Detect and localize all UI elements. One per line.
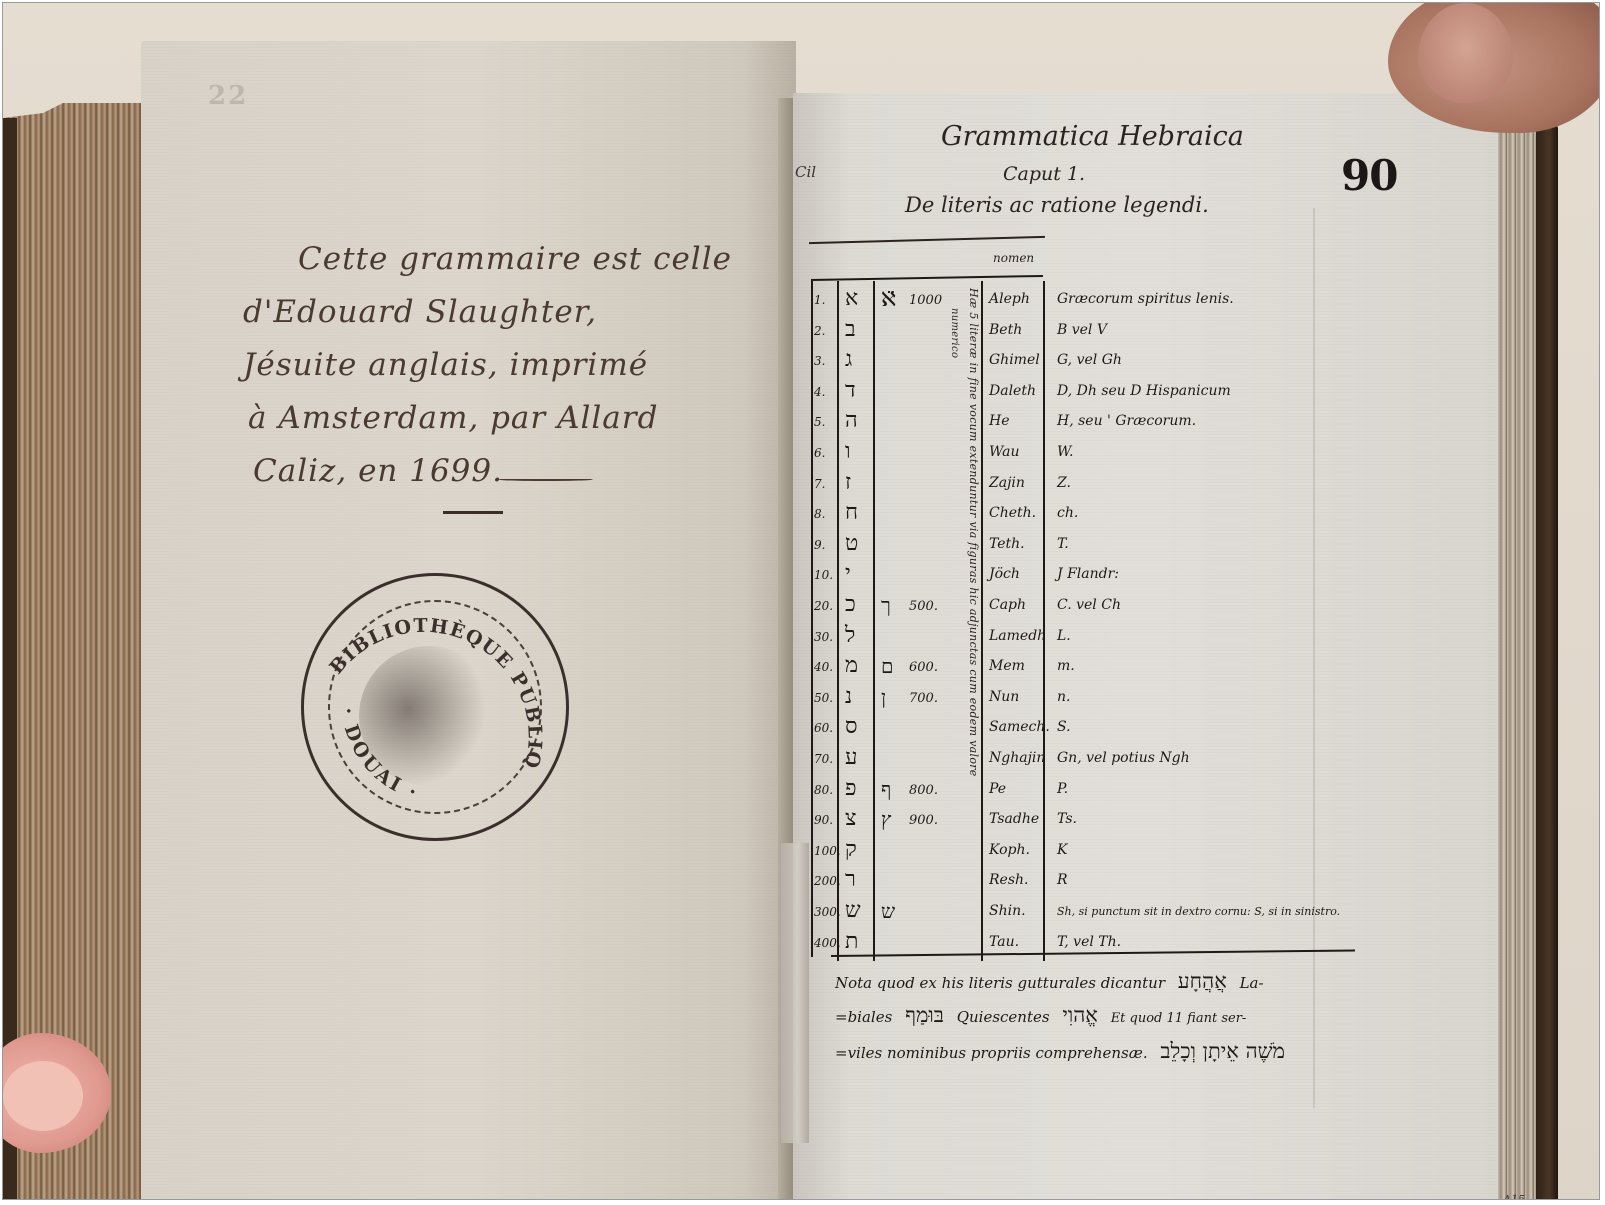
inscription-line: Jésuite anglais, imprimé: [243, 339, 723, 392]
row-number: 4.: [814, 385, 825, 399]
final-form: ם: [881, 654, 893, 679]
row-number: 300.: [814, 905, 841, 919]
letter-sound: n.: [1057, 689, 1070, 705]
left-cover-edge: [3, 118, 17, 1200]
letter-sound: P.: [1057, 781, 1068, 797]
hebrew-letter: ר: [845, 866, 856, 892]
final-value: 500.: [909, 599, 938, 614]
row-number: 2.: [814, 324, 825, 338]
hebrew-letter: ש: [845, 897, 861, 923]
row-number: 70.: [814, 752, 833, 766]
note-text: La-: [1240, 974, 1264, 992]
letter-sound: Sh, si punctum sit in dextro cornu: S, s…: [1057, 905, 1340, 918]
hebrew-letter: צ: [845, 805, 857, 831]
letter-sound: W.: [1057, 444, 1073, 460]
inscription-line: d'Edouard Slaughter,: [243, 286, 723, 339]
dash-rule: [443, 511, 503, 514]
folio-number: 90: [1341, 151, 1397, 200]
final-form: ך: [881, 593, 891, 618]
letter-sound: T.: [1057, 536, 1069, 552]
row-number: 400.: [814, 936, 841, 950]
letter-sound: m.: [1057, 658, 1075, 674]
alphabet-row: 1.אℵ̈1000AlephGræcorum spiritus lenis.: [809, 285, 1357, 315]
note-line: =viles nominibus propriis comprehensæ. מ…: [835, 1035, 1395, 1069]
alphabet-row: 9.טTeth.T.: [809, 530, 1357, 560]
final-value: 1000: [909, 293, 942, 308]
hebrew-letter: ת: [845, 928, 858, 954]
hebrew-letter: ה: [845, 407, 858, 433]
note-text: =viles nominibus propriis comprehensæ.: [835, 1044, 1148, 1062]
final-form: ℵ̈: [881, 287, 896, 311]
letter-name: Aleph: [989, 291, 1030, 307]
letter-sound: ch.: [1057, 505, 1078, 521]
letter-sound: B vel V: [1057, 322, 1107, 338]
letter-sound: Gn, vel potius Ngh: [1057, 750, 1190, 766]
letter-sound: Z.: [1057, 475, 1071, 491]
letter-name: Ghimel: [989, 352, 1040, 368]
hebrew-letter: ד: [845, 377, 856, 403]
row-number: 100.: [814, 844, 841, 858]
alphabet-row: 10.יJöchJ Flandr:: [809, 560, 1357, 590]
note-line: =biales בּוּמַף Quiescentes אֱהוִי Et qu…: [835, 999, 1395, 1035]
hebrew-word: מֹשֶׁה אֵיתָן וְכָלֵב: [1160, 1039, 1285, 1063]
stamp-top-text: BIBLIOTHÈQUE PUBLIQUE: [304, 576, 572, 781]
hebrew-letter: ג: [845, 346, 852, 372]
alphabet-row: 4.דDalethD, Dh seu D Hispanicum: [809, 377, 1357, 407]
alphabet-row: 5.הHeH, seu ' Græcorum.: [809, 407, 1357, 437]
letter-sound: L.: [1057, 628, 1071, 644]
final-value: 800.: [909, 783, 938, 798]
alphabet-row: 2.בBethB vel V: [809, 316, 1357, 346]
row-number: 7.: [814, 477, 825, 491]
hebrew-letter: י: [845, 560, 851, 586]
year-underline: [498, 478, 593, 481]
note-line: Nota quod ex his literis gutturales dica…: [835, 965, 1395, 999]
letter-name: Tsadhe: [989, 811, 1039, 827]
row-number: 50.: [814, 691, 833, 705]
final-form: ש: [881, 899, 895, 924]
row-number: 9.: [814, 538, 825, 552]
letter-name: Cheth.: [989, 505, 1036, 521]
row-number: 1.: [814, 293, 825, 307]
row-number: 40.: [814, 660, 833, 674]
alphabet-row: 60.סSamech.S.: [809, 713, 1357, 743]
hebrew-letter: א: [845, 285, 858, 311]
inscription-line: Cette grammaire est celle: [243, 233, 723, 286]
alphabet-row: 200.רResh.R: [809, 866, 1357, 896]
note-text: Et quod 11 fiant ser-: [1111, 1011, 1247, 1026]
row-number: 20.: [814, 599, 833, 613]
photo-frame: 22 Cette grammaire est celle d'Edouard S…: [2, 2, 1600, 1200]
fingernail: [1418, 3, 1513, 103]
hebrew-word: בּוּמַף: [905, 1003, 944, 1027]
margin-paper-strip: [781, 843, 809, 1143]
alphabet-row: 50.נן700.Nunn.: [809, 683, 1357, 713]
final-form: ץ: [881, 807, 891, 832]
hebrew-alphabet-table: 1.אℵ̈1000AlephGræcorum spiritus lenis.2.…: [809, 273, 1357, 961]
letter-sound: D, Dh seu D Hispanicum: [1057, 383, 1231, 399]
row-number: 30.: [814, 630, 833, 644]
hebrew-letter: ח: [845, 499, 858, 525]
letter-name: Samech.: [989, 719, 1050, 735]
right-cover-edge: [1536, 123, 1558, 1200]
hebrew-letter: ט: [845, 530, 858, 556]
note-text: =biales: [835, 1008, 892, 1026]
alphabet-row: 100.קKoph.K: [809, 836, 1357, 866]
alphabet-row: 400.תTau.T, vel Th.: [809, 928, 1357, 958]
vertical-marginal-note: Hæ 5 literæ in fine vocum extenduntur vi…: [945, 288, 995, 948]
hebrew-word: אֱהוִי: [1062, 1003, 1098, 1027]
row-number: 8.: [814, 507, 825, 521]
hebrew-letter: ל: [845, 622, 855, 648]
letter-sound: G, vel Gh: [1057, 352, 1122, 368]
letter-sound: T, vel Th.: [1057, 934, 1121, 950]
final-value: 700.: [909, 691, 938, 706]
alphabet-row: 300.ששShin.Sh, si punctum sit in dextro …: [809, 897, 1357, 927]
hebrew-word: אֲהֲחָע: [1178, 969, 1227, 993]
row-number: 200.: [814, 874, 841, 888]
note-text: Quiescentes: [957, 1008, 1050, 1026]
inscription-line: à Amsterdam, par Allard: [243, 392, 723, 445]
hebrew-letter: פ: [845, 775, 857, 801]
stamp-text-ring: BIBLIOTHÈQUE PUBLIQUE · DOUAI ·: [304, 576, 572, 844]
alphabet-row: 90.צץ900.TsadheTs.: [809, 805, 1357, 835]
letter-sound: Græcorum spiritus lenis.: [1057, 291, 1234, 307]
letter-name: Lamedh: [989, 628, 1046, 644]
letter-sound: J Flandr:: [1057, 566, 1119, 582]
alphabet-row: 20.כך500.CaphC. vel Ch: [809, 591, 1357, 621]
grammar-note: Nota quod ex his literis gutturales dica…: [835, 965, 1395, 1069]
library-stamp: BIBLIOTHÈQUE PUBLIQUE · DOUAI ·: [301, 573, 569, 841]
alphabet-row: 7.זZajinZ.: [809, 469, 1357, 499]
hebrew-letter: כ: [845, 591, 856, 617]
alphabet-row: 30.לLamedhL.: [809, 622, 1357, 652]
alphabet-row: 6.וWauW.: [809, 438, 1357, 468]
note-text: Nota quod ex his literis gutturales dica…: [835, 974, 1165, 992]
chapter-heading: Caput 1.: [1003, 163, 1085, 185]
hebrew-letter: ז: [845, 469, 851, 495]
row-number: 10.: [814, 568, 833, 582]
hebrew-letter: נ: [845, 683, 852, 709]
hebrew-letter: ו: [845, 438, 851, 464]
hebrew-letter: מ: [845, 652, 858, 678]
letter-sound: H, seu ' Græcorum.: [1057, 413, 1196, 429]
alphabet-row: 40.מם600.Memm.: [809, 652, 1357, 682]
svg-text:· DOUAI ·: · DOUAI ·: [313, 698, 443, 807]
faint-shelf-mark: 22: [208, 81, 248, 111]
foot-mark: A15: [1503, 1193, 1525, 1200]
hebrew-letter: ע: [845, 744, 857, 770]
row-number: 6.: [814, 446, 825, 460]
letter-sound: R: [1057, 872, 1068, 888]
row-number: 90.: [814, 813, 833, 827]
hebrew-letter: ב: [845, 316, 856, 342]
inscription-line: Caliz, en 1699.: [243, 445, 723, 498]
ownership-inscription: Cette grammaire est celle d'Edouard Slau…: [243, 233, 723, 498]
final-form: ף: [881, 777, 891, 802]
final-value: 900.: [909, 813, 938, 828]
svg-text:BIBLIOTHÈQUE PUBLIQUE: BIBLIOTHÈQUE PUBLIQUE: [304, 576, 572, 781]
chapter-subtitle: De literis ac ratione legendi.: [905, 193, 1209, 217]
letter-name: Koph.: [989, 842, 1030, 858]
alphabet-row: 3.גGhimelG, vel Gh: [809, 346, 1357, 376]
row-number: 5.: [814, 415, 825, 429]
final-form: ן: [881, 685, 886, 710]
letter-sound: S.: [1057, 719, 1071, 735]
row-number: 3.: [814, 354, 825, 368]
alphabet-row: 80.פף800.PeP.: [809, 775, 1357, 805]
corner-note: Cil: [795, 163, 816, 181]
page-title: Grammatica Hebraica: [941, 121, 1244, 152]
alphabet-row: 8.חCheth.ch.: [809, 499, 1357, 529]
hebrew-letter: ס: [845, 713, 858, 739]
row-number: 80.: [814, 783, 833, 797]
fingernail: [3, 1061, 83, 1131]
hebrew-letter: ק: [845, 836, 857, 862]
final-value: 600.: [909, 660, 938, 675]
letter-sound: K: [1057, 842, 1067, 858]
vertical-note-text: Hæ 5 literæ in fine vocum extenduntur vi…: [967, 288, 980, 777]
table-header-nomen: nomen: [993, 251, 1034, 265]
alphabet-row: 70.עNghajinGn, vel potius Ngh: [809, 744, 1357, 774]
vertical-note-text: numerico: [949, 308, 960, 358]
letter-sound: C. vel Ch: [1057, 597, 1121, 613]
row-number: 60.: [814, 721, 833, 735]
stamp-bottom-text: · DOUAI ·: [313, 698, 443, 807]
table-top-rule: [811, 275, 1043, 281]
letter-name: Daleth: [989, 383, 1036, 399]
letter-name: Nghajin: [989, 750, 1045, 766]
letter-sound: Ts.: [1057, 811, 1077, 827]
